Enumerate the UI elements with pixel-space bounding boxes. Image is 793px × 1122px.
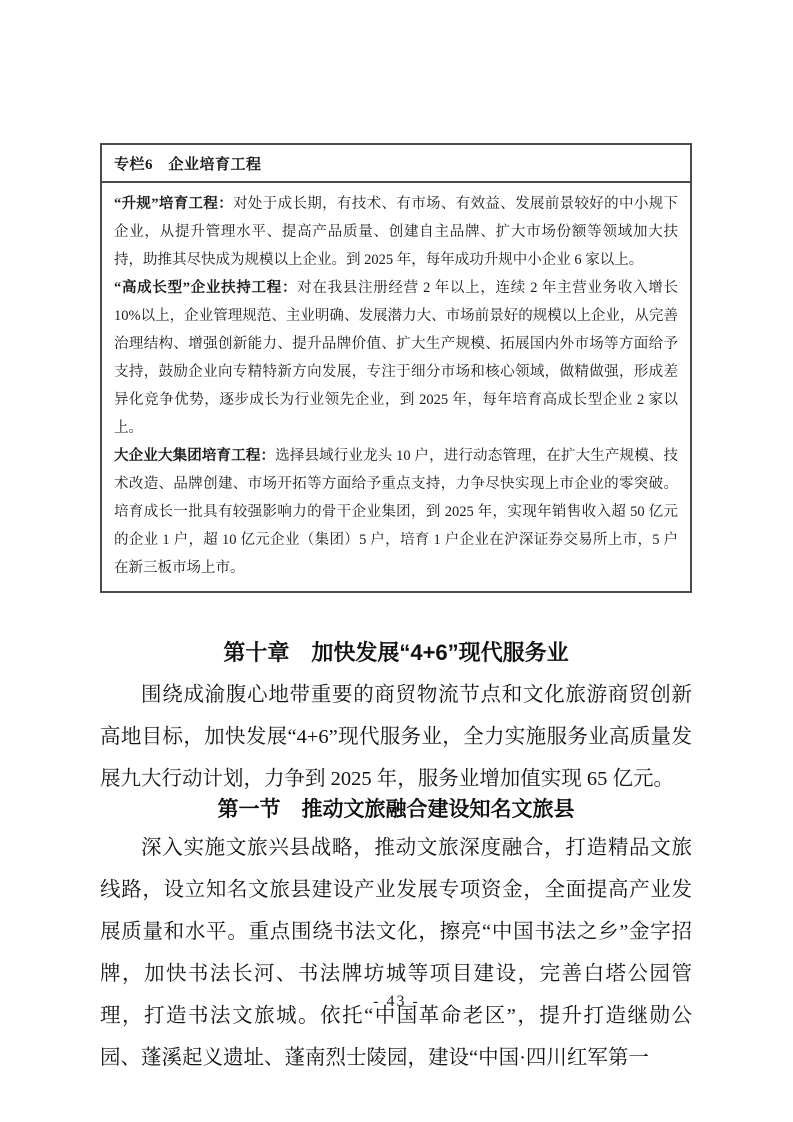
chapter-heading: 第十章 加快发展“4+6”现代服务业 (100, 638, 692, 668)
paragraph-lead: 大企业大集团培育工程： (114, 448, 275, 464)
callout-box-title: 专栏6 企业培育工程 (102, 145, 690, 183)
body-paragraph: 深入实施文旅兴县战略，推动文旅深度融合，打造精品文旅线路，设立知名文旅县建设产业… (100, 827, 692, 1079)
callout-box-body: “升规”培育工程：对处于成长期，有技术、有市场、有效益、发展前景较好的中小规下企… (102, 183, 690, 591)
page-content: 专栏6 企业培育工程 “升规”培育工程：对处于成长期，有技术、有市场、有效益、发… (100, 143, 692, 1079)
body-paragraph: 围绕成渝腹心地带重要的商贸物流节点和文化旅游商贸创新高地目标，加快发展“4+6”… (100, 674, 692, 800)
callout-paragraph: “高成长型”企业扶持工程：对在我县注册经营 2 年以上，连续 2 年主营业务收入… (114, 274, 678, 442)
paragraph-text: 对在我县注册经营 2 年以上，连续 2 年主营业务收入增长 10%以上，企业管理… (114, 280, 678, 436)
callout-box: 专栏6 企业培育工程 “升规”培育工程：对处于成长期，有技术、有市场、有效益、发… (100, 143, 692, 593)
document-page: 专栏6 企业培育工程 “升规”培育工程：对处于成长期，有技术、有市场、有效益、发… (0, 0, 793, 1122)
paragraph-lead: “高成长型”企业扶持工程： (114, 280, 297, 296)
callout-paragraph: “升规”培育工程：对处于成长期，有技术、有市场、有效益、发展前景较好的中小规下企… (114, 190, 678, 274)
paragraph-text: 选择县域行业龙头 10 户，进行动态管理，在扩大生产规模、技术改造、品牌创建、市… (114, 448, 678, 576)
page-number: - 43 - (0, 993, 793, 1011)
paragraph-lead: “升规”培育工程： (114, 196, 233, 212)
callout-paragraph: 大企业大集团培育工程：选择县域行业龙头 10 户，进行动态管理，在扩大生产规模、… (114, 442, 678, 582)
